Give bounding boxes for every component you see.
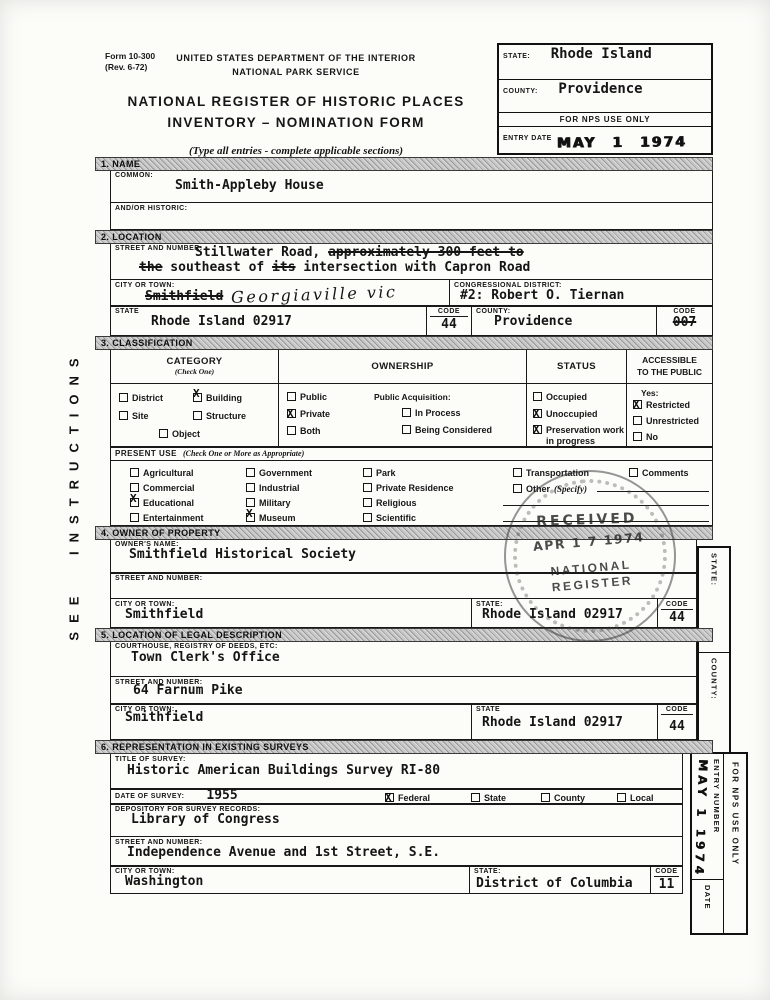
survey-title-label: TITLE OF SURVEY:: [111, 754, 682, 763]
county-value: Providence: [472, 315, 656, 330]
section2-location-bar: 2. LOCATION: [95, 230, 713, 244]
city-district-row: CITY OR TOWN: SmithfieldGeorgiaville vic…: [110, 279, 713, 307]
survey-state-cell: STATE: District of Columbia: [469, 866, 650, 893]
checkbox-county-survey: County: [541, 793, 585, 803]
in-process-label: In Process: [415, 408, 461, 418]
site-checkbox[interactable]: [119, 411, 128, 420]
section5-legal-bar: 5. LOCATION OF LEGAL DESCRIPTION: [95, 628, 713, 642]
state-code-value: 44: [427, 317, 471, 332]
building-checkbox[interactable]: X: [193, 393, 202, 402]
checkbox-both: Both: [287, 426, 321, 436]
ownership-cell: Public XPrivate Both Public Acquisition:…: [278, 384, 526, 447]
survey-title-field: TITLE OF SURVEY: Historic American Build…: [110, 753, 683, 790]
access-header-title: ACCESSIBLE TO THE PUBLIC: [627, 355, 712, 378]
both-checkbox[interactable]: [287, 426, 296, 435]
state-survey-label: State: [484, 793, 506, 803]
survey-code-value: 11: [651, 877, 682, 892]
nps-state-label: STATE:: [499, 51, 530, 60]
section3-classification-bar: 3. CLASSIFICATION: [95, 336, 713, 350]
section4-owner-bar: 4. OWNER OF PROPERTY: [95, 526, 713, 540]
state-code-label: CODE: [427, 306, 471, 315]
military-label: Military: [259, 498, 291, 508]
street-struck-text: approximately 300 feet to: [328, 245, 524, 260]
section4-rows: OWNER'S NAME: Smithfield Historical Soci…: [110, 538, 713, 628]
street-struck-its: its: [272, 260, 295, 275]
entertainment-checkbox[interactable]: [130, 513, 139, 522]
public-checkbox[interactable]: [287, 392, 296, 401]
entry-date-stamp: MAY 1 1974: [557, 134, 687, 151]
status-header: STATUS: [526, 349, 626, 383]
museum-label: Museum: [259, 513, 296, 523]
preservation-work-label: Preservation work in progress: [546, 425, 629, 448]
type-all-entries-note: (Type all entries - complete applicable …: [95, 145, 497, 157]
checkbox-other: Other(Specify): [513, 484, 587, 494]
entry-date-label: ENTRY DATE: [499, 133, 552, 142]
section2-rows: STREET AND NUMBER: Stillwater Road, appr…: [110, 242, 713, 336]
owner-name-field: OWNER'S NAME: Smithfield Historical Soci…: [110, 538, 697, 574]
street-label: STREET AND NUMBER:: [111, 243, 203, 252]
city-struck: Smithfield: [145, 289, 223, 304]
county-survey-label: County: [554, 793, 585, 803]
checkbox-site: Site: [119, 411, 149, 421]
present-use-note: (Check One or More as Appropriate): [183, 449, 304, 458]
checkbox-entertainment: Entertainment: [130, 513, 204, 523]
federal-checkbox[interactable]: X: [385, 793, 394, 802]
congressional-district-cell: CONGRESSIONAL DISTRICT: #2: Robert O. Ti…: [449, 280, 712, 306]
in-process-checkbox[interactable]: [402, 408, 411, 417]
category-header-sub: (Check One): [111, 367, 278, 376]
legal-code-label: CODE: [658, 704, 696, 713]
checkbox-structure: Structure: [193, 411, 246, 421]
legal-city-cell: CITY OR TOWN: Smithfield: [111, 704, 471, 739]
access-cell: Yes: XRestricted Unrestricted No: [626, 384, 712, 447]
occupied-checkbox[interactable]: [533, 392, 542, 401]
survey-code-cell: CODE 11: [650, 866, 682, 893]
no-label: No: [646, 432, 658, 442]
unrestricted-checkbox[interactable]: [633, 416, 642, 425]
street-text2: southeast of: [162, 260, 272, 275]
survey-state-value: District of Columbia: [470, 877, 650, 892]
depository-field: DEPOSITORY FOR SURVEY RECORDS: Library o…: [110, 803, 683, 837]
industrial-checkbox[interactable]: [246, 483, 255, 492]
checkbox-unoccupied: XUnoccupied: [533, 409, 598, 419]
checkbox-being-considered: Being Considered: [402, 425, 492, 435]
transportation-label: Transportation: [526, 468, 589, 478]
ownership-header-title: OWNERSHIP: [279, 361, 526, 372]
checkbox-transportation: Transportation: [513, 468, 589, 478]
nomination-form-page: SEE INSTRUCTIONS Form 10-300 (Rev. 6-72)…: [0, 0, 770, 1000]
sidebar-entry-date-column: MAY 1 1974 ENTRY NUMBER DATE: [692, 754, 724, 933]
legal-state-cell: STATE Rhode Island 02917: [471, 704, 657, 739]
checkbox-public: Public: [287, 392, 327, 402]
checkbox-museum: XMuseum: [246, 513, 296, 523]
nps-state-row: STATE: Rhode Island: [499, 45, 711, 80]
historic-label: AND/OR HISTORIC:: [111, 203, 712, 212]
form-body: Form 10-300 (Rev. 6-72) UNITED STATES DE…: [95, 43, 713, 894]
other-checkbox[interactable]: [513, 484, 522, 493]
access-yes-label: Yes:: [641, 388, 659, 398]
checkbox-object: Object: [159, 429, 200, 439]
commercial-checkbox[interactable]: [130, 483, 139, 492]
object-checkbox[interactable]: [159, 429, 168, 438]
street-text3: intersection with Capron Road: [296, 260, 531, 275]
transportation-checkbox[interactable]: [513, 468, 522, 477]
comments-checkbox[interactable]: [629, 468, 638, 477]
city-cell: CITY OR TOWN: SmithfieldGeorgiaville vic: [111, 280, 449, 306]
checkbox-commercial: Commercial: [130, 483, 195, 493]
courthouse-field: COURTHOUSE, REGISTRY OF DEEDS, ETC: Town…: [110, 640, 697, 677]
sidebar-entry-number-cell: MAY 1 1974 ENTRY NUMBER: [692, 754, 723, 880]
sidebar-date-cell: DATE: [692, 880, 723, 933]
local-survey-checkbox[interactable]: [617, 793, 626, 802]
present-use-body: Agricultural Commercial XEducational Ent…: [110, 460, 713, 526]
owner-code-label: CODE: [658, 599, 696, 608]
category-header-title: CATEGORY: [111, 356, 278, 367]
legal-city-value: Smithfield: [111, 711, 471, 726]
private-residence-checkbox[interactable]: [363, 483, 372, 492]
city-value: SmithfieldGeorgiaville vic: [111, 286, 449, 305]
owner-code-value: 44: [658, 610, 696, 625]
owner-city-cell: CITY OR TOWN: Smithfield: [111, 599, 471, 627]
survey-street-field: STREET AND NUMBER: Independence Avenue a…: [110, 836, 683, 867]
religious-label: Religious: [376, 498, 417, 508]
state-cell: STATE Rhode Island 02917: [111, 306, 426, 335]
state-survey-checkbox[interactable]: [471, 793, 480, 802]
see-instructions-vertical-label: SEE INSTRUCTIONS: [67, 349, 82, 640]
being-considered-checkbox[interactable]: [402, 425, 411, 434]
unoccupied-checkbox[interactable]: X: [533, 409, 542, 418]
checkbox-state-survey: State: [471, 793, 506, 803]
county-code-cell: CODE 007: [656, 306, 712, 335]
ownership-header: OWNERSHIP: [278, 349, 526, 383]
restricted-checkbox[interactable]: X: [633, 400, 642, 409]
category-cell: District XBuilding Site Structure Object: [111, 384, 278, 447]
sidebar-nps-use-only-label: FOR NPS USE ONLY: [731, 762, 740, 866]
restricted-label: Restricted: [646, 400, 690, 410]
common-value: Smith-Appleby House: [111, 179, 712, 194]
historic-name-field: AND/OR HISTORIC:: [110, 202, 713, 230]
checkbox-local-survey: Local: [617, 793, 654, 803]
checkbox-restricted: XRestricted: [633, 400, 690, 410]
right-sidebar-nps: MAY 1 1974 ENTRY NUMBER DATE FOR NPS USE…: [690, 752, 748, 935]
checkbox-district: District: [119, 393, 163, 403]
structure-checkbox[interactable]: [193, 411, 202, 420]
checkbox-military: Military: [246, 498, 291, 508]
status-cell: Occupied XUnoccupied XPreservation work …: [526, 384, 626, 447]
owner-city-value: Smithfield: [111, 608, 471, 623]
private-checkbox[interactable]: X: [287, 409, 296, 418]
department-lines: UNITED STATES DEPARTMENT OF THE INTERIOR…: [95, 52, 497, 79]
checkbox-building: XBuilding: [193, 393, 242, 403]
checkbox-industrial: Industrial: [246, 483, 300, 493]
common-name-field: COMMON: Smith-Appleby House: [110, 169, 713, 203]
entry-date-row: ENTRY DATE MAY 1 1974: [499, 127, 711, 153]
nps-county-label: COUNTY:: [499, 86, 538, 95]
survey-city-value: Washington: [111, 875, 469, 890]
legal-code-cell: CODE 44: [657, 704, 696, 739]
header-center: UNITED STATES DEPARTMENT OF THE INTERIOR…: [95, 43, 497, 157]
owner-city-row: CITY OR TOWN: Smithfield STATE: Rhode Is…: [110, 598, 697, 628]
for-nps-use-only-label: FOR NPS USE ONLY: [499, 113, 711, 127]
owner-code-cell: CODE 44: [657, 599, 696, 627]
district-label: District: [132, 393, 163, 403]
survey-street-value: Independence Avenue and 1st Street, S.E.: [111, 846, 682, 861]
state-county-row: STATE Rhode Island 02917 CODE 44 COUNTY:…: [110, 305, 713, 336]
survey-date-label: DATE OF SURVEY:: [111, 793, 184, 800]
legal-city-row: CITY OR TOWN: Smithfield STATE Rhode Isl…: [110, 703, 697, 740]
district-value: #2: Robert O. Tiernan: [450, 289, 712, 304]
nps-use-only-box: STATE: Rhode Island COUNTY: Providence F…: [497, 43, 713, 155]
owner-state-cell: STATE: Rhode Island 02917: [471, 599, 657, 627]
checkbox-scientific: Scientific: [363, 513, 416, 523]
legal-street-value: 64 Farnum Pike: [111, 684, 696, 699]
access-header-line2: TO THE PUBLIC: [627, 367, 712, 378]
checkbox-no: No: [633, 432, 658, 442]
checkbox-federal: XFederal: [385, 793, 430, 803]
classification-body-row: District XBuilding Site Structure Object…: [110, 383, 713, 448]
religious-checkbox[interactable]: [363, 498, 372, 507]
survey-city-cell: CITY OR TOWN: Washington: [111, 866, 469, 893]
section1-name-bar: 1. NAME: [95, 157, 713, 171]
section6-surveys-bar: 6. REPRESENTATION IN EXISTING SURVEYS: [95, 740, 713, 754]
park-label: Park: [376, 468, 396, 478]
industrial-label: Industrial: [259, 483, 300, 493]
commercial-label: Commercial: [143, 483, 195, 493]
other-writein-line: [597, 491, 709, 492]
owner-state-value: Rhode Island 02917: [472, 608, 657, 623]
nps-state-value: Rhode Island: [535, 46, 652, 62]
military-checkbox[interactable]: [246, 498, 255, 507]
scientific-label: Scientific: [376, 513, 416, 523]
department-line1: UNITED STATES DEPARTMENT OF THE INTERIOR: [95, 52, 497, 66]
owner-street-label: STREET AND NUMBER:: [111, 573, 696, 582]
object-label: Object: [172, 429, 200, 439]
nps-county-row: COUNTY: Providence: [499, 80, 711, 113]
nps-county-value: Providence: [542, 81, 642, 97]
sidebar-date-label: DATE: [703, 885, 712, 910]
owner-street-field: STREET AND NUMBER:: [110, 572, 697, 599]
site-label: Site: [132, 411, 149, 421]
sidebar-nps-use-only-cell: FOR NPS USE ONLY: [724, 754, 746, 933]
owner-name-value: Smithfield Historical Society: [111, 548, 696, 563]
county-code-value: 007: [657, 315, 712, 330]
status-header-title: STATUS: [527, 361, 626, 372]
form-title-line1: NATIONAL REGISTER OF HISTORIC PLACES: [95, 92, 497, 113]
educational-label: Educational: [143, 498, 194, 508]
both-label: Both: [300, 426, 321, 436]
county-code-label: CODE: [657, 306, 712, 315]
survey-code-label: CODE: [651, 866, 682, 875]
entry-number-date-stamp: MAY 1 1974: [692, 759, 710, 879]
other-specify-label: (Specify): [554, 484, 587, 494]
courthouse-value: Town Clerk's Office: [111, 651, 696, 666]
public-acquisition-label: Public Acquisition:: [374, 392, 451, 402]
educational-checkbox[interactable]: X: [130, 498, 139, 507]
park-checkbox[interactable]: [363, 468, 372, 477]
building-label: Building: [206, 393, 242, 403]
legal-code-divider: [661, 714, 693, 715]
access-header-line1: ACCESSIBLE: [627, 355, 712, 366]
category-header: CATEGORY (Check One): [111, 349, 278, 383]
department-line2: NATIONAL PARK SERVICE: [95, 66, 497, 80]
government-checkbox[interactable]: [246, 468, 255, 477]
survey-title-value: Historic American Buildings Survey RI-80: [111, 764, 682, 779]
state-value: Rhode Island 02917: [111, 315, 426, 330]
county-survey-checkbox[interactable]: [541, 793, 550, 802]
checkbox-agricultural: Agricultural: [130, 468, 194, 478]
city-handwritten: Georgiaville vic: [231, 283, 398, 307]
checkbox-private: XPrivate: [287, 409, 330, 419]
checkbox-occupied: Occupied: [533, 392, 587, 402]
checkbox-preservation-work: XPreservation work in progress: [533, 425, 629, 448]
street-line2: the southeast of its intersection with C…: [111, 261, 712, 276]
state-code-cell: CODE 44: [426, 306, 471, 335]
entertainment-label: Entertainment: [143, 513, 204, 523]
right-sidebar-state-county: STATE: COUNTY:: [697, 546, 731, 758]
section1-rows: COMMON: Smith-Appleby House AND/OR HISTO…: [110, 169, 713, 229]
private-label: Private: [300, 409, 330, 419]
checkbox-educational: XEducational: [130, 498, 194, 508]
form-title-line2: INVENTORY – NOMINATION FORM: [95, 113, 497, 134]
writein-line-3: [503, 521, 709, 522]
museum-checkbox[interactable]: X: [246, 513, 255, 522]
public-label: Public: [300, 392, 327, 402]
checkbox-unrestricted: Unrestricted: [633, 416, 699, 426]
section6-rows: TITLE OF SURVEY: Historic American Build…: [110, 753, 713, 895]
depository-value: Library of Congress: [111, 813, 682, 828]
agricultural-checkbox[interactable]: [130, 468, 139, 477]
legal-code-value: 44: [658, 719, 696, 734]
scientific-checkbox[interactable]: [363, 513, 372, 522]
classification-header-row: CATEGORY (Check One) OWNERSHIP STATUS AC…: [110, 348, 713, 384]
checkbox-comments: Comments: [629, 468, 689, 478]
checkbox-private-residence: Private Residence: [363, 483, 454, 493]
form-title: NATIONAL REGISTER OF HISTORIC PLACES INV…: [95, 92, 497, 134]
street-field: STREET AND NUMBER: Stillwater Road, appr…: [110, 242, 713, 280]
sidebar-county-label: COUNTY:: [710, 658, 719, 700]
survey-date-value: 1955: [184, 789, 237, 804]
sidebar-state-label: STATE:: [710, 553, 719, 586]
district-checkbox[interactable]: [119, 393, 128, 402]
legal-street-field: STREET AND NUMBER: 64 Farnum Pike: [110, 676, 697, 705]
structure-label: Structure: [206, 411, 246, 421]
checkbox-religious: Religious: [363, 498, 417, 508]
unrestricted-label: Unrestricted: [646, 416, 699, 426]
agricultural-label: Agricultural: [143, 468, 194, 478]
comments-label: Comments: [642, 468, 689, 478]
entry-number-label: ENTRY NUMBER: [712, 759, 721, 879]
checkbox-park: Park: [363, 468, 396, 478]
access-header: ACCESSIBLE TO THE PUBLIC: [626, 349, 712, 383]
checkbox-in-process: In Process: [402, 408, 461, 418]
no-checkbox[interactable]: [633, 432, 642, 441]
being-considered-label: Being Considered: [415, 425, 492, 435]
local-survey-label: Local: [630, 793, 654, 803]
county-cell: COUNTY: Providence: [471, 306, 656, 335]
survey-city-row: CITY OR TOWN: Washington STATE: District…: [110, 865, 683, 894]
other-label: Other: [526, 484, 550, 494]
private-residence-label: Private Residence: [376, 483, 454, 493]
legal-state-value: Rhode Island 02917: [472, 716, 657, 731]
courthouse-label: COURTHOUSE, REGISTRY OF DEEDS, ETC:: [111, 641, 696, 650]
federal-label: Federal: [398, 793, 430, 803]
government-label: Government: [259, 468, 312, 478]
occupied-label: Occupied: [546, 392, 587, 402]
street-struck-the: the: [139, 260, 162, 275]
preservation-work-checkbox[interactable]: X: [533, 425, 542, 434]
street-text: Stillwater Road,: [195, 245, 328, 260]
legal-state-label: STATE: [472, 704, 657, 713]
form-header: Form 10-300 (Rev. 6-72) UNITED STATES DE…: [95, 43, 713, 157]
writein-line-2: [503, 505, 709, 506]
present-use-label: PRESENT USE: [115, 449, 177, 458]
section5-rows: COURTHOUSE, REGISTRY OF DEEDS, ETC: Town…: [110, 640, 713, 740]
unoccupied-label: Unoccupied: [546, 409, 598, 419]
section3-rows: CATEGORY (Check One) OWNERSHIP STATUS AC…: [110, 348, 713, 525]
checkbox-government: Government: [246, 468, 312, 478]
survey-state-label: STATE:: [470, 866, 650, 875]
